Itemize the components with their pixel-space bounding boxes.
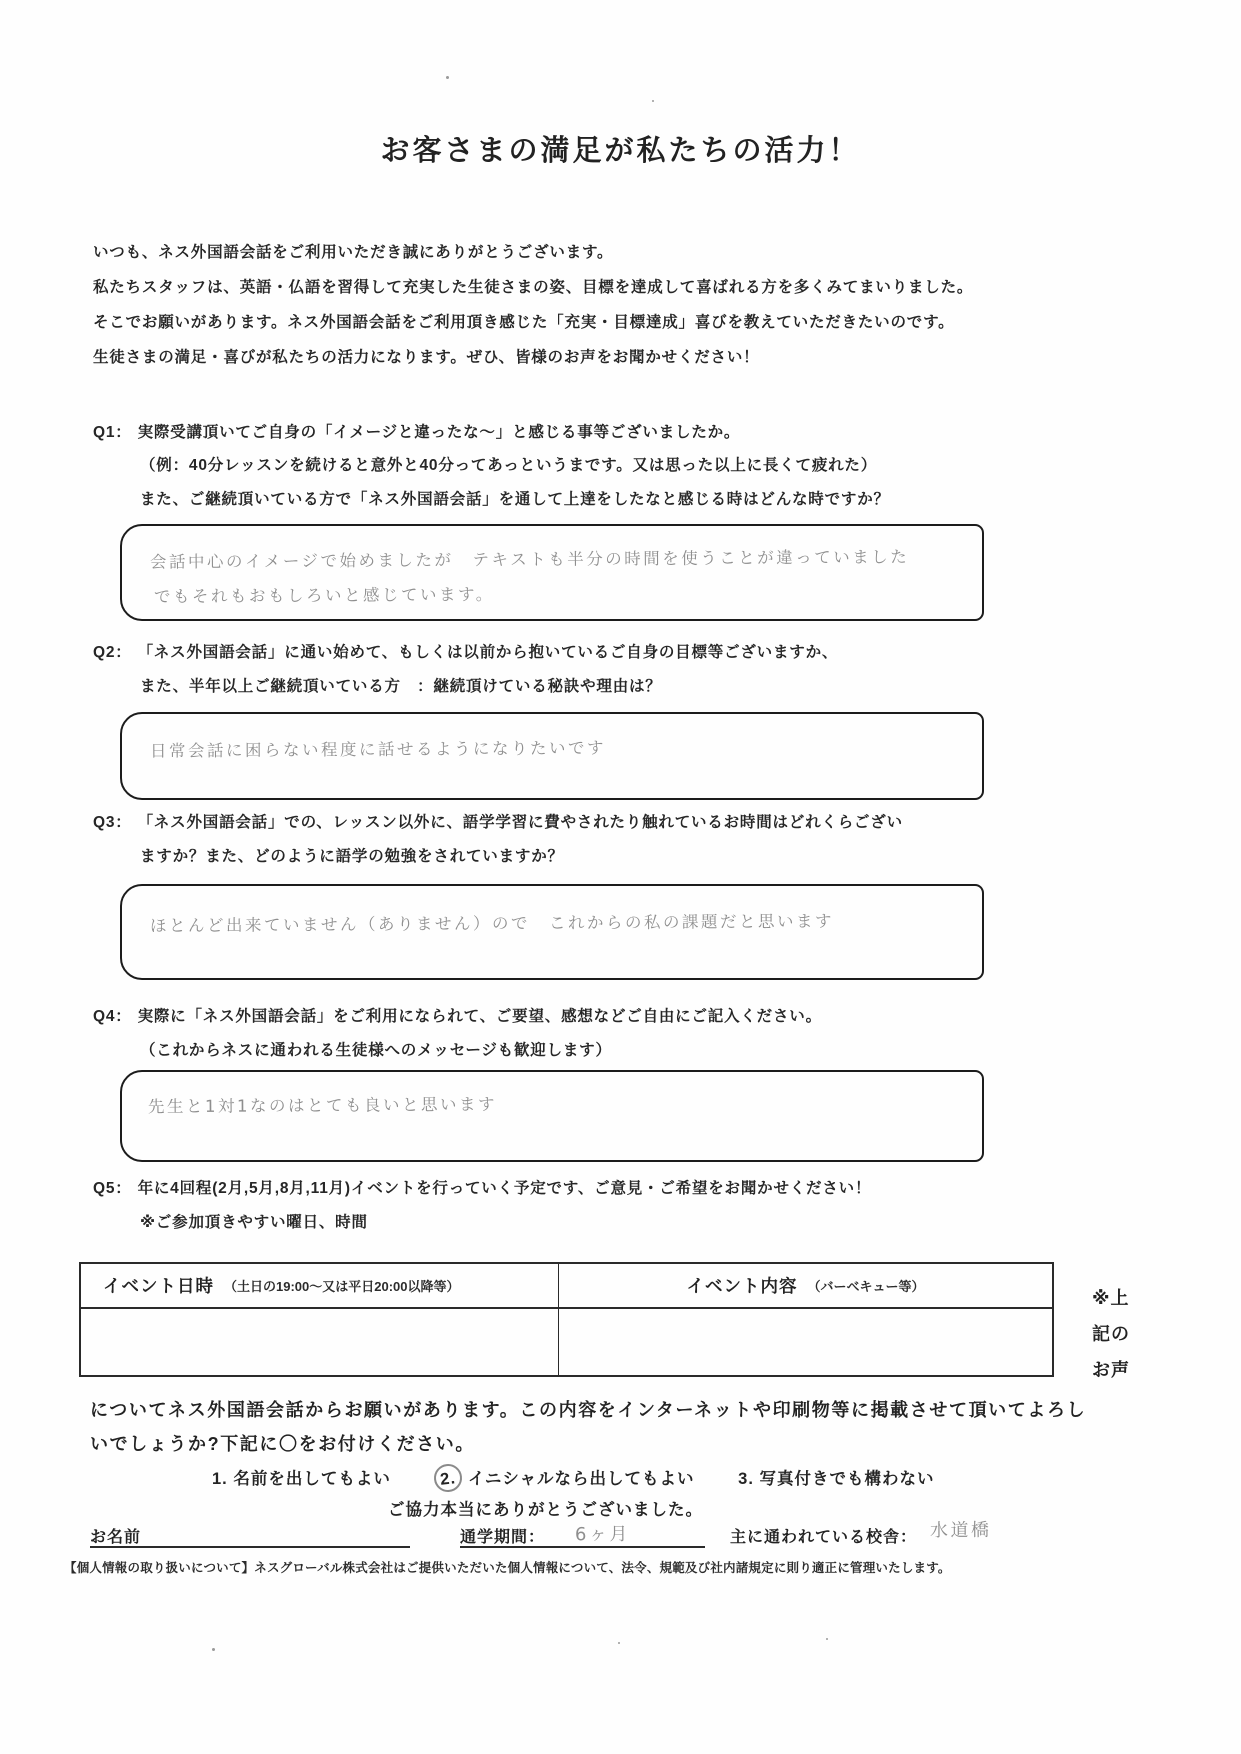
question-q5-line1: Q5：年に4回程(2月,5月,8月,11月)イベントを行っていく予定です、ご意見…	[93, 1176, 871, 1198]
scan-speck	[618, 1642, 620, 1644]
q1-handwritten-answer-line2: でもそれもおもしろいと感じています。	[154, 581, 495, 607]
event-table-body-row	[81, 1309, 1052, 1375]
side-note-line3: お声	[1092, 1356, 1130, 1382]
option-1-label: 名前を出してもよい	[233, 1470, 391, 1488]
event-content-note: （バーベキュー等）	[807, 1276, 924, 1295]
intro-line: いつも、ネス外国語会話をご利用いただき誠にありがとうございます。	[93, 240, 973, 275]
option-3: 3. 写真付きでも構わない	[738, 1470, 934, 1488]
q3-label: Q3：	[93, 810, 132, 832]
option-2-number-circled: 2.	[433, 1463, 464, 1494]
event-date-input-cell	[81, 1309, 559, 1375]
privacy-fine-print: 【個人情報の取り扱いについて】ネスグローバル株式会社はご提供いただいた個人情報に…	[64, 1558, 951, 1576]
question-q2-line1: Q2：「ネス外国語会話」に通い始めて、もしくは以前から抱いているご自身の目標等ご…	[93, 640, 838, 662]
q4-handwritten-answer: 先生と1対1なのはとても良いと思います	[148, 1091, 497, 1117]
q2-label: Q2：	[93, 640, 132, 662]
q1-handwritten-answer-line1: 会話中心のイメージで始めましたが テキストも半分の時間を使うことが違っていました	[150, 543, 909, 572]
scan-speck	[212, 1648, 215, 1651]
intro-line: 私たちスタッフは、英語・仏語を習得して充実した生徒さまの姿、目標を達成して喜ばれ…	[93, 275, 973, 310]
campus-field-label: 主に通われている校舎：	[730, 1524, 917, 1547]
campus-handwritten-value: 水道橋	[930, 1516, 992, 1542]
q1-answer-box: 会話中心のイメージで始めましたが テキストも半分の時間を使うことが違っていました…	[120, 524, 984, 621]
scan-speck	[446, 76, 449, 79]
event-date-note: （土日の19:00～又は平日20:00以降等）	[224, 1276, 460, 1295]
event-table: イベント日時 （土日の19:00～又は平日20:00以降等） イベント内容 （バ…	[79, 1262, 1054, 1377]
option-1: 1. 名前を出してもよい	[212, 1470, 391, 1488]
question-q5-line2: ※ご参加頂きやすい曜日、時間	[140, 1210, 368, 1232]
option-1-number: 1.	[212, 1470, 228, 1488]
side-note-line2: 記の	[1092, 1320, 1130, 1346]
question-q1-line1: Q1：実際受講頂いてご自身の「イメージと違ったな～」と感じる事等ございましたか。	[93, 420, 740, 442]
scan-speck	[652, 100, 654, 102]
permission-options: 1. 名前を出してもよい 2. イニシャルなら出してもよい 3. 写真付きでも構…	[212, 1464, 973, 1492]
question-q3-line1: Q3：「ネス外国語会話」での、レッスン以外に、語学学習に費やされたり触れているお…	[93, 810, 903, 832]
question-q2-line2: また、半年以上ご継続頂いている方 ：継続頂けている秘訣や理由は？	[140, 674, 662, 696]
q3-text: 「ネス外国語会話」での、レッスン以外に、語学学習に費やされたり触れているお時間は…	[138, 814, 903, 831]
q5-label: Q5：	[93, 1176, 132, 1198]
question-q1-line3: また、ご継続頂いている方で「ネス外国語会話」を通して上達をしたなと感じる時はどん…	[140, 487, 890, 509]
scan-speck	[826, 1638, 828, 1640]
q2-handwritten-answer: 日常会話に困らない程度に話せるようになりたいです	[150, 734, 606, 761]
option-2: 2. イニシャルなら出してもよい	[434, 1470, 694, 1488]
period-handwritten-value: 6ヶ月	[575, 1520, 630, 1546]
q2-text: 「ネス外国語会話」に通い始めて、もしくは以前から抱いているご自身の目標等ございま…	[138, 644, 839, 661]
q3-handwritten-answer: ほとんど出来ていません（ありません）ので これからの私の課題だと思います	[150, 908, 834, 937]
q3-answer-box: ほとんど出来ていません（ありません）ので これからの私の課題だと思います	[120, 884, 984, 980]
scanned-survey-form: お客さまの満足が私たちの活力！ いつも、ネス外国語会話をご利用いただき誠にありが…	[0, 0, 1241, 1754]
intro-line: そこでお願いがあります。ネス外国語会話をご利用頂き感じた「充実・目標達成」喜びを…	[93, 310, 973, 345]
question-q4-line1: Q4：実際に「ネス外国語会話」をご利用になられて、ご要望、感想などご自由にご記入…	[93, 1004, 822, 1026]
q4-label: Q4：	[93, 1004, 132, 1026]
option-2-label: イニシャルなら出してもよい	[468, 1470, 695, 1488]
q1-label: Q1：	[93, 420, 132, 442]
side-note-line1: ※上	[1092, 1284, 1130, 1310]
permission-line2: いでしょうか?下記に〇をお付けください。	[90, 1430, 475, 1456]
event-content-input-cell	[559, 1309, 1052, 1375]
option-3-label: 写真付きでも構わない	[760, 1470, 935, 1488]
thanks-line: ご協力本当にありがとうございました。	[388, 1496, 703, 1520]
permission-line1: についてネス外国語会話からお願いがあります。この内容をインターネットや印刷物等に…	[90, 1396, 1086, 1422]
intro-paragraph: いつも、ネス外国語会話をご利用いただき誠にありがとうございます。 私たちスタッフ…	[93, 240, 973, 380]
period-field-underline: 6ヶ月	[460, 1524, 705, 1548]
q4-answer-box: 先生と1対1なのはとても良いと思います	[120, 1070, 984, 1162]
q2-answer-box: 日常会話に困らない程度に話せるようになりたいです	[120, 712, 984, 800]
event-content-header-cell: イベント内容 （バーベキュー等）	[559, 1264, 1052, 1307]
q5-text: 年に4回程(2月,5月,8月,11月)イベントを行っていく予定です、ご意見・ご希…	[138, 1180, 872, 1197]
intro-line: 生徒さまの満足・喜びが私たちの活力になります。ぜひ、皆様のお声をお聞かせください…	[93, 345, 973, 380]
question-q3-line2: ますか？また、どのように語学の勉強をされていますか？	[140, 844, 564, 866]
event-content-header: イベント内容	[686, 1273, 797, 1298]
question-q1-line2: （例：40分レッスンを続けると意外と40分ってあっというまです。又は思った以上に…	[140, 453, 877, 475]
event-date-header: イベント日時	[103, 1273, 214, 1298]
q1-text: 実際受講頂いてご自身の「イメージと違ったな～」と感じる事等ございましたか。	[138, 424, 741, 441]
page-title: お客さまの満足が私たちの活力！	[0, 128, 1241, 169]
name-field-underline	[90, 1524, 410, 1548]
event-date-header-cell: イベント日時 （土日の19:00～又は平日20:00以降等）	[81, 1264, 559, 1307]
event-table-header-row: イベント日時 （土日の19:00～又は平日20:00以降等） イベント内容 （バ…	[81, 1264, 1052, 1309]
option-3-number: 3.	[738, 1470, 754, 1488]
question-q4-line2: （これからネスに通われる生徒様へのメッセージも歓迎します）	[140, 1038, 612, 1060]
q4-text: 実際に「ネス外国語会話」をご利用になられて、ご要望、感想などご自由にご記入くださ…	[138, 1008, 822, 1025]
